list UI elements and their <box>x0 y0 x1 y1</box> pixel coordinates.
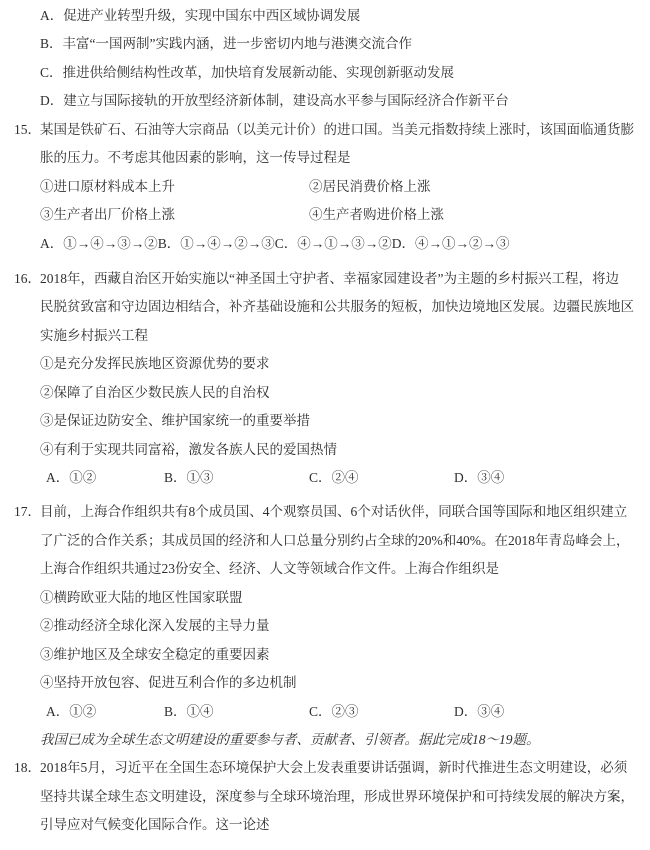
q16-answer-c: C．②④ <box>309 464 454 492</box>
q16-answer-d: D．③④ <box>454 464 640 492</box>
q15-number: 15． <box>14 116 41 144</box>
q15-item-2: ②居民消费价格上涨 <box>309 173 431 201</box>
exam-page: A．促进产业转型升级，实现中国东中西区域协调发展 B．丰富“一国两制”实践内涵，… <box>0 0 650 850</box>
q17-answer-options: A．①② B．①④ C．②③ D．③④ <box>40 698 640 726</box>
q17-stem-line-3: 上海合作组织共通过23份安全、经济、人文等领域合作文件。上海合作组织是 <box>40 555 640 583</box>
q14-option-b: B．丰富“一国两制”实践内涵，进一步密切内地与港澳交流合作 <box>40 30 640 58</box>
q17-item-4: ④坚持开放包容、促进互利合作的多边机制 <box>40 669 640 697</box>
q16-stem-text-1: 2018年，西藏自治区开始实施以“神圣国土守护者、幸福家园建设者”为主题的乡村振… <box>40 271 619 286</box>
q16-stem-line-1: 16． 2018年，西藏自治区开始实施以“神圣国土守护者、幸福家园建设者”为主题… <box>40 265 640 293</box>
q17-stem-text-1: 目前，上海合作组织共有8个成员国、4个观察员国、6个对话伙伴，同联合国等国际和地… <box>40 504 627 519</box>
q16-answer-options: A．①② B．①③ C．②④ D．③④ <box>40 464 640 492</box>
q18-stem-line-1: 18． 2018年5月，习近平在全国生态环境保护大会上发表重要讲话强调，新时代推… <box>40 754 640 782</box>
q16-number: 16． <box>14 265 41 293</box>
q14-option-d: D．建立与国际接轨的开放型经济新体制，建设高水平参与国际经济合作新平台 <box>40 87 640 115</box>
q17-answer-b: B．①④ <box>164 698 309 726</box>
q18-stem-text-1: 2018年5月，习近平在全国生态环境保护大会上发表重要讲话强调，新时代推进生态文… <box>40 760 627 775</box>
q15-item-4: ④生产者购进价格上涨 <box>309 201 444 229</box>
q14-option-a: A．促进产业转型升级，实现中国东中西区域协调发展 <box>40 2 640 30</box>
q16-stem-line-3: 实施乡村振兴工程 <box>40 322 640 350</box>
q14-option-c: C．推进供给侧结构性改革，加快培育发展新动能、实现创新驱动发展 <box>40 59 640 87</box>
q15-stem-line-1: 15． 某国是铁矿石、石油等大宗商品（以美元计价）的进口国。当美元指数持续上涨时… <box>40 116 640 144</box>
q17-stem-line-1: 17． 目前，上海合作组织共有8个成员国、4个观察员国、6个对话伙伴，同联合国等… <box>40 498 640 526</box>
q17-item-1: ①横跨欧亚大陆的地区性国家联盟 <box>40 584 640 612</box>
q15-stem-line-2: 胀的压力。不考虑其他因素的影响，这一传导过程是 <box>40 144 640 172</box>
q16-item-4: ④有利于实现共同富裕，激发各族人民的爱国热情 <box>40 436 640 464</box>
q16-item-1: ①是充分发挥民族地区资源优势的要求 <box>40 350 640 378</box>
q16-item-3: ③是保证边防安全、维护国家统一的重要举措 <box>40 407 640 435</box>
q17-number: 17． <box>14 498 41 526</box>
q16-item-2: ②保障了自治区少数民族人民的自治权 <box>40 379 640 407</box>
q17-stem-line-2: 了广泛的合作关系；其成员国的经济和人口总量分别约占全球的20%和40%。在201… <box>40 527 640 555</box>
q16-answer-b: B．①③ <box>164 464 309 492</box>
q18-number: 18． <box>14 754 41 782</box>
q16-answer-a: A．①② <box>46 464 164 492</box>
q18-19-lead-in: 我国已成为全球生态文明建设的重要参与者、贡献者、引领者。据此完成18～19题。 <box>40 726 640 754</box>
q15-item-1: ①进口原材料成本上升 <box>40 173 309 201</box>
q18-stem-line-3: 引导应对气候变化国际合作。这一论述 <box>40 811 640 839</box>
q16-stem-line-2: 民脱贫致富和守边固边相结合，补齐基础设施和公共服务的短板，加快边境地区发展。边疆… <box>40 293 640 321</box>
q17-item-2: ②推动经济全球化深入发展的主导力量 <box>40 612 640 640</box>
q15-stem-text-1: 某国是铁矿石、石油等大宗商品（以美元计价）的进口国。当美元指数持续上涨时，该国面… <box>40 122 634 137</box>
q17-answer-a: A．①② <box>46 698 164 726</box>
q15-answer-options: A．①→④→③→②B．①→④→②→③C．④→①→③→②D．④→①→②→③ <box>40 230 640 258</box>
q18-stem-line-2: 坚持共谋全球生态文明建设，深度参与全球环境治理，形成世界环境保护和可持续发展的解… <box>40 783 640 811</box>
q17-item-3: ③维护地区及全球安全稳定的重要因素 <box>40 641 640 669</box>
q17-answer-d: D．③④ <box>454 698 640 726</box>
q15-item-3: ③生产者出厂价格上涨 <box>40 201 309 229</box>
q15-items-row-1: ①进口原材料成本上升 ②居民消费价格上涨 <box>40 173 640 201</box>
q17-answer-c: C．②③ <box>309 698 454 726</box>
q15-items-row-2: ③生产者出厂价格上涨 ④生产者购进价格上涨 <box>40 201 640 229</box>
